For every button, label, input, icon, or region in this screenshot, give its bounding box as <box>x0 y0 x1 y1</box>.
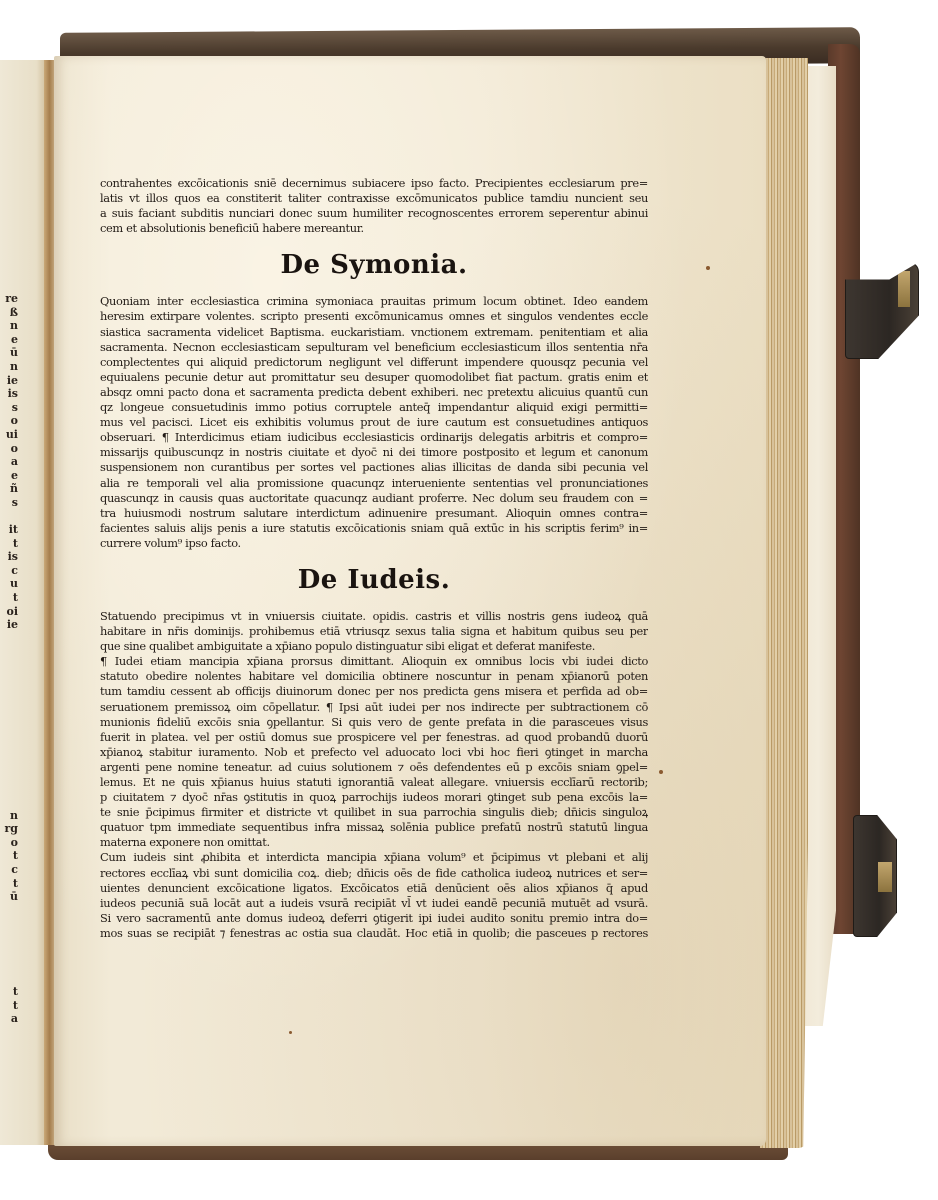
text-line: seruationem premissoꝝ oim cōpellatur. ¶ … <box>100 700 648 715</box>
text-line: tum tamdiu cessent ab officijs diuinorum… <box>100 684 648 699</box>
text-line: a suis faciant subditis nunciari donec s… <box>100 206 648 221</box>
iudeis-paragraph-3: Cum iudeis sint ꝓhibita et interdicta ma… <box>100 850 648 910</box>
text-line: siastica sacramenta videlicet Baptisma. … <box>100 325 648 340</box>
text-line: obseruari. ¶ Interdicimus etiam iudicibu… <box>100 430 648 445</box>
text-line: complectentes qui aliquid predictorum ne… <box>100 355 648 370</box>
text-line: mus vel pacisci. Licet eis exhibitis vol… <box>100 415 648 430</box>
text-line: argenti pene nomine teneatur. ad cuius s… <box>100 760 648 775</box>
text-line: mos suas se recipiāt ⁊ fenestras ac osti… <box>100 926 648 941</box>
text-line: sacramenta. Necnon ecclesiasticam sepult… <box>100 340 648 355</box>
text-line: statuto obedire nolentes habitare vel do… <box>100 669 648 684</box>
text-line: rectores ecclīaꝝ vbi sunt domicilia coꝝ.… <box>100 866 648 881</box>
text-line: iudeos pecuniā suā locāt aut a iudeis vs… <box>100 896 648 911</box>
text-line: qz longeue consuetudinis immo potius cor… <box>100 400 648 415</box>
text-line: lemus. Et ne quis xp̄ianus huius statuti… <box>100 775 648 790</box>
text-line: cem et absolutionis beneficiū habere mer… <box>100 221 648 236</box>
foxing-spot <box>659 770 663 774</box>
text-line: suspensionem non curantibus per sortes v… <box>100 460 648 475</box>
text-line: Si vero sacramentū ante domus iudeoꝝ def… <box>100 911 648 926</box>
iudeis-paragraph-1: Statuendo precipimus vt in vniuersis ciu… <box>100 609 648 654</box>
text-line: quascunqz in causis quas auctoritate qua… <box>100 491 648 506</box>
text-line: latis vt illos quos ea constiterit talit… <box>100 191 648 206</box>
text-line: missarijs quibuscunqz in nostris ciuitat… <box>100 445 648 460</box>
clasp-brass-plate <box>878 862 892 892</box>
text-line: Statuendo precipimus vt in vniuersis ciu… <box>100 609 648 624</box>
symonia-paragraph: Quoniam inter ecclesiastica crimina symo… <box>100 294 648 551</box>
foxing-spot <box>289 1031 292 1034</box>
text-line: uientes denuncient excōicatione ligatos.… <box>100 881 648 896</box>
text-line: Quoniam inter ecclesiastica crimina symo… <box>100 294 648 309</box>
text-line: quatuor tpm immediate sequentibus infra … <box>100 820 648 835</box>
text-line: habitare in nr̄is dominijs. prohibemus e… <box>100 624 648 639</box>
text-line: que sine qualibet ambiguitate a xp̄iano … <box>100 639 648 654</box>
clasp-brass-plate <box>898 271 910 307</box>
foxing-spot <box>706 266 710 270</box>
text-block-page-edges <box>760 58 808 1148</box>
text-line: contrahentes excōicationis sniē decernim… <box>100 176 648 191</box>
section-heading-de-iudeis: De Iudeis. <box>100 563 648 597</box>
book-photo: re ß n e ū n ie is s o ui o a e ñ s it t… <box>0 0 938 1200</box>
text-line: tra huiusmodi nostrum salutare interdict… <box>100 506 648 521</box>
printed-text-block: contrahentes excōicationis sniē decernim… <box>100 176 648 941</box>
text-line: xp̄ianoꝝ stabitur iuramento. Nob et pref… <box>100 745 648 760</box>
text-line: currere volum⁹ ipso facto. <box>100 536 648 551</box>
text-line: materna exponere non omittat. <box>100 835 648 850</box>
text-line: fuerit in platea. vel per ostiū domus su… <box>100 730 648 745</box>
clasp-bottom-icon <box>853 815 897 937</box>
opening-paragraph: contrahentes excōicationis sniē decernim… <box>100 176 648 236</box>
text-line: absqz omni pacto dona et sacramenta pred… <box>100 385 648 400</box>
section-heading-de-symonia: De Symonia. <box>100 248 648 282</box>
text-line: facientes saluis alijs penis a iure stat… <box>100 521 648 536</box>
text-line: p ciuitatem ⁊ dyoc̄ nr̄as ꝯstitutis in q… <box>100 790 648 805</box>
text-line: te snie p̄cipimus firmiter et districte … <box>100 805 648 820</box>
left-page-text-fragments: re ß n e ū n ie is s o ui o a e ñ s it t… <box>2 292 18 1026</box>
iudeis-paragraph-2: ¶ Iudei etiam mancipia xp̄iana prorsus d… <box>100 654 648 850</box>
text-line: heresim extirpare volentes. scripto pres… <box>100 309 648 324</box>
text-line: alia re temporali vel alia promissione q… <box>100 476 648 491</box>
text-line: Cum iudeis sint ꝓhibita et interdicta ma… <box>100 850 648 865</box>
iudeis-paragraph-4: Si vero sacramentū ante domus iudeoꝝ def… <box>100 911 648 941</box>
text-line: munionis fideliū excōis snia ꝯpellantur.… <box>100 715 648 730</box>
text-line: equiualens pecunie detur aut promittatur… <box>100 370 648 385</box>
text-line: ¶ Iudei etiam mancipia xp̄iana prorsus d… <box>100 654 648 669</box>
